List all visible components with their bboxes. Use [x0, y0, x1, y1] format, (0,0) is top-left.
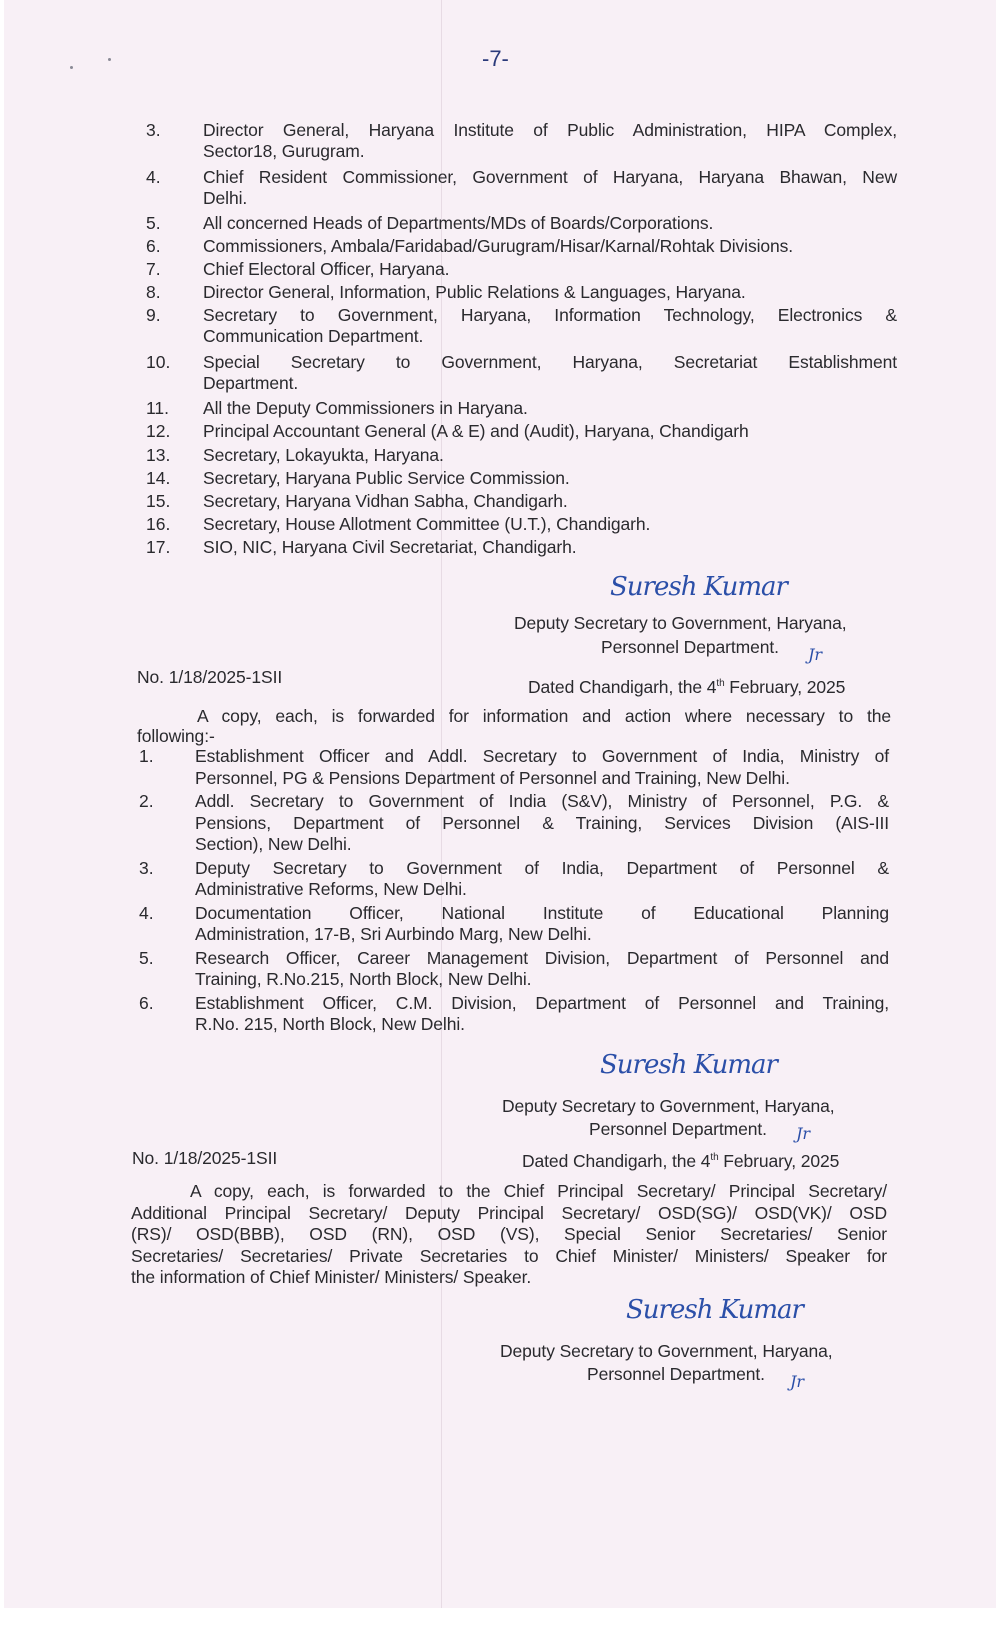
list-item-number: 8. [146, 282, 161, 302]
designation: Deputy Secretary to Government, Haryana, [500, 1341, 833, 1361]
signature: Suresh Kumar [600, 1050, 777, 1080]
list-item-text: Secretary, Haryana Public Service Commis… [203, 468, 570, 488]
signature: Suresh Kumar [626, 1295, 803, 1325]
list-item-number: 13. [146, 445, 170, 465]
list-item-text: Personnel, PG & Pensions Department of P… [195, 768, 790, 788]
list-item-text: Special Secretary to Government, Haryana… [203, 352, 897, 372]
list-item-text: Delhi. [203, 188, 247, 208]
list-item-text: Director General, Information, Public Re… [203, 282, 746, 302]
intro-paragraph-cont: following:- [137, 726, 215, 746]
list-item-text: All concerned Heads of Departments/MDs o… [203, 213, 713, 233]
list-item-number: 6. [139, 993, 154, 1013]
scan-speck [70, 66, 73, 69]
list-item-text: Chief Electoral Officer, Haryana. [203, 259, 449, 279]
list-item-number: 3. [139, 858, 154, 878]
list-item-text: Sector18, Gurugram. [203, 141, 365, 161]
list-item-text: R.No. 215, North Block, New Delhi. [195, 1014, 465, 1034]
paragraph-line: the information of Chief Minister/ Minis… [131, 1267, 531, 1287]
list-item-number: 12. [146, 421, 170, 441]
list-item-number: 3. [146, 120, 161, 140]
department-name: Personnel Department. [589, 1119, 767, 1139]
intro-paragraph: A copy, each, is forwarded for informati… [197, 706, 891, 726]
list-item-text: Director General, Haryana Institute of P… [203, 120, 897, 140]
list-item-number: 9. [146, 305, 161, 325]
list-item-number: 2. [139, 791, 154, 811]
list-item-number: 15. [146, 491, 170, 511]
list-item-number: 4. [146, 167, 161, 187]
scan-speck [108, 58, 111, 61]
list-item-number: 5. [139, 948, 154, 968]
dated-line: Dated Chandigarh, the 4th February, 2025 [522, 1151, 839, 1171]
list-item-number: 11. [146, 398, 169, 418]
dated-line: Dated Chandigarh, the 4th February, 2025 [528, 677, 845, 697]
list-item-text: Documentation Officer, National Institut… [195, 903, 889, 923]
paragraph-line: (RS)/ OSD(BBB), OSD (RN), OSD (VS), Spec… [131, 1224, 887, 1244]
list-item-text: Department. [203, 373, 298, 393]
initial-mark: Jr [796, 1124, 810, 1143]
signature: Suresh Kumar [610, 572, 787, 602]
designation: Deputy Secretary to Government, Haryana, [502, 1096, 835, 1116]
list-item-number: 6. [146, 236, 161, 256]
department-name: Personnel Department. [587, 1364, 765, 1384]
list-item-text: Training, R.No.215, North Block, New Del… [195, 969, 531, 989]
reference-number: No. 1/18/2025-1SII [132, 1148, 277, 1168]
list-item-text: All the Deputy Commissioners in Haryana. [203, 398, 528, 418]
list-item-number: 10. [146, 352, 170, 372]
list-item-text: Secretary, House Allotment Committee (U.… [203, 514, 650, 534]
list-item-text: SIO, NIC, Haryana Civil Secretariat, Cha… [203, 537, 577, 557]
list-item-text: Administration, 17-B, Sri Aurbindo Marg,… [195, 924, 592, 944]
list-item-text: Chief Resident Commissioner, Government … [203, 167, 897, 187]
paragraph-line: Additional Principal Secretary/ Deputy P… [131, 1203, 887, 1223]
list-item-number: 5. [146, 213, 161, 233]
list-item-number: 1. [139, 746, 154, 766]
list-item-text: Section), New Delhi. [195, 834, 352, 854]
list-item-number: 14. [146, 468, 170, 488]
list-item-text: Addl. Secretary to Government of India (… [195, 791, 889, 811]
list-item-text: Principal Accountant General (A & E) and… [203, 421, 749, 441]
list-item-text: Research Officer, Career Management Divi… [195, 948, 889, 968]
paragraph-line: A copy, each, is forwarded to the Chief … [190, 1181, 887, 1201]
paragraph-line: Secretaries/ Secretaries/ Private Secret… [131, 1246, 887, 1266]
list-item-number: 16. [146, 514, 170, 534]
list-item-number: 17. [146, 537, 170, 557]
list-item-text: Commissioners, Ambala/Faridabad/Gurugram… [203, 236, 793, 256]
department-name: Personnel Department. [601, 637, 779, 657]
list-item-text: Administrative Reforms, New Delhi. [195, 879, 467, 899]
list-item-number: 4. [139, 903, 154, 923]
list-item-text: Communication Department. [203, 326, 423, 346]
list-item-text: Deputy Secretary to Government of India,… [195, 858, 889, 878]
initial-mark: Jr [790, 1372, 804, 1391]
page-number: -7- [482, 46, 509, 72]
list-item-text: Secretary, Haryana Vidhan Sabha, Chandig… [203, 491, 568, 511]
initial-mark: Jr [808, 645, 822, 664]
list-item-text: Secretary, Lokayukta, Haryana. [203, 445, 444, 465]
designation: Deputy Secretary to Government, Haryana, [514, 613, 847, 633]
list-item-number: 7. [146, 259, 161, 279]
list-item-text: Establishment Officer, C.M. Division, De… [195, 993, 889, 1013]
reference-number: No. 1/18/2025-1SII [137, 667, 282, 687]
list-item-text: Pensions, Department of Personnel & Trai… [195, 813, 889, 833]
list-item-text: Establishment Officer and Addl. Secretar… [195, 746, 889, 766]
list-item-text: Secretary to Government, Haryana, Inform… [203, 305, 897, 325]
